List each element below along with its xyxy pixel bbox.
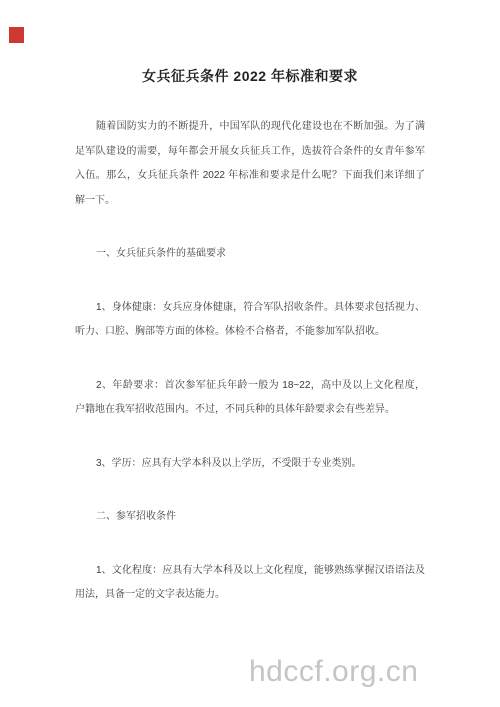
text-line: 一、女兵征兵条件的基础要求 [75,242,425,267]
text-line: 足军队建设的需要，每年都会开展女兵征兵工作，选拔符合条件的女青年参军 [75,140,425,165]
text-line: 1、文化程度：应具有大学本科及以上文化程度，能够熟练掌握汉语语法及 [75,559,425,584]
text-line: 3、学历：应具有大学本科及以上学历，不受限于专业类别。 [75,452,425,477]
text-line: 1、身体健康：女兵应身体健康，符合军队招收条件。具体要求包括视力、 [75,296,425,321]
text-line: 随着国防实力的不断提升，中国军队的现代化建设也在不断加强。为了满 [75,115,425,140]
page-title: 女兵征兵条件 2022 年标准和要求 [0,0,500,86]
text-line: 户籍地在我军招收范围内。不过，不同兵种的具体年龄要求会有些差异。 [75,398,425,423]
red-badge-icon [9,27,24,43]
text-line: 听力、口腔、胸部等方面的体检。体检不合格者，不能参加军队招收。 [75,320,425,345]
text-line: 2、年龄要求：首次参军征兵年龄一般为 18~22，高中及以上文化程度， [75,374,425,399]
document-page: 女兵征兵条件 2022 年标准和要求 随着国防实力的不断提升，中国军队的现代化建… [0,0,500,707]
section-heading-1: 一、女兵征兵条件的基础要求 [75,242,425,267]
site-watermark: hdccf.org.cn [249,655,418,689]
section-heading-2: 二、参军招收条件 [75,505,425,530]
item-paragraph-health: 1、身体健康：女兵应身体健康，符合军队招收条件。具体要求包括视力、 听力、口腔、… [75,296,425,345]
item-paragraph-culture: 1、文化程度：应具有大学本科及以上文化程度，能够熟练掌握汉语语法及 用法，具备一… [75,559,425,608]
article-body: 随着国防实力的不断提升，中国军队的现代化建设也在不断加强。为了满 足军队建设的需… [75,115,425,608]
text-line: 二、参军招收条件 [75,505,425,530]
text-line: 用法，具备一定的文字表达能力。 [75,583,425,608]
item-paragraph-age: 2、年龄要求：首次参军征兵年龄一般为 18~22，高中及以上文化程度， 户籍地在… [75,374,425,423]
text-line: 解一下。 [75,189,425,214]
text-line: 入伍。那么，女兵征兵条件 2022 年标准和要求是什么呢？下面我们来详细了 [75,164,425,189]
intro-paragraph: 随着国防实力的不断提升，中国军队的现代化建设也在不断加强。为了满 足军队建设的需… [75,115,425,213]
item-paragraph-education: 3、学历：应具有大学本科及以上学历，不受限于专业类别。 [75,452,425,477]
